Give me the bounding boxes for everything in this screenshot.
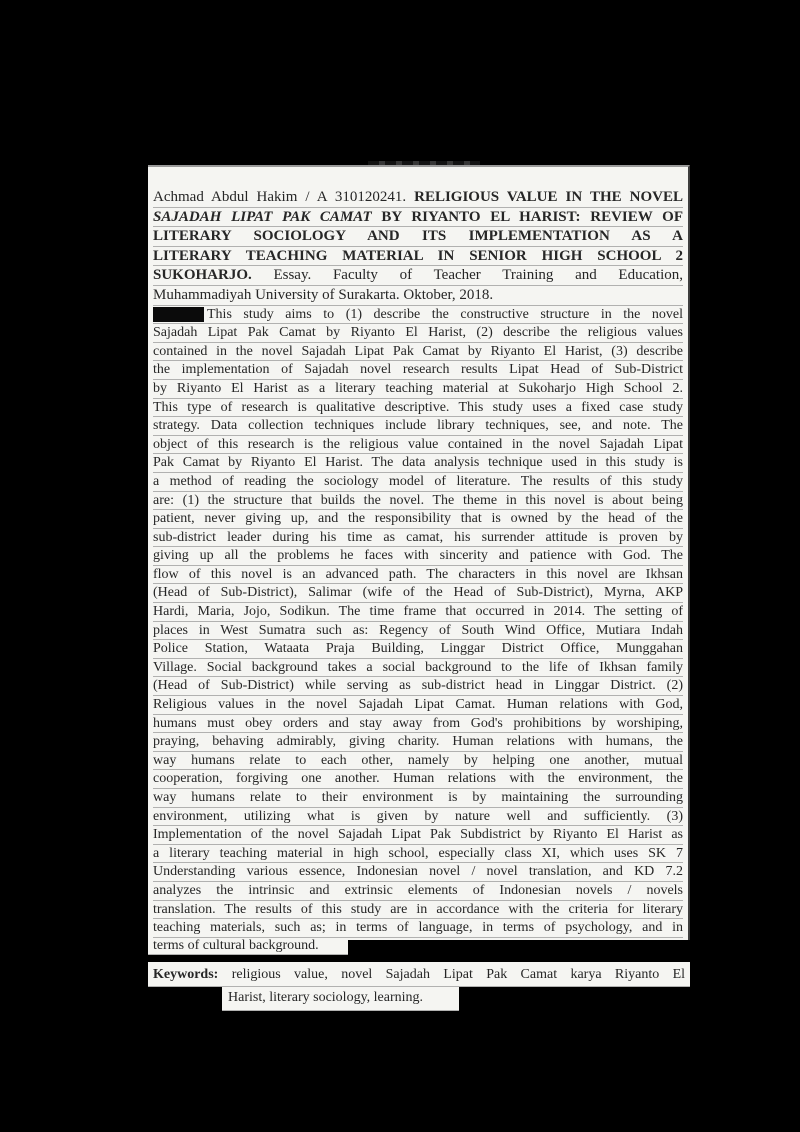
abstract-line: translation. The results of this study a…	[153, 901, 683, 920]
abstract-last-line: terms of cultural background.	[148, 938, 348, 955]
redaction-mark	[153, 307, 204, 322]
header-line: LITERARY TEACHING MATERIAL IN SENIOR HIG…	[153, 247, 683, 267]
abstract-line: cooperation, forgiving one another. Huma…	[153, 770, 683, 789]
abstract-line: environment, utilizing what is given by …	[153, 808, 683, 827]
title-text: SUKOHARJO.	[153, 267, 252, 283]
abstract-line: patient, never giving up, and the respon…	[153, 510, 683, 529]
abstract-line: the implementation of Sajadah novel rese…	[153, 361, 683, 380]
abstract-line: (Head of Sub-District) while serving as …	[153, 677, 683, 696]
abstract-line: Religious values in the novel Sajadah Li…	[153, 696, 683, 715]
abstract-line: Police Station, Wataata Praja Building, …	[153, 640, 683, 659]
abstract-line: flow of this novel is an advanced path. …	[153, 566, 683, 585]
author-id-text: Achmad Abdul Hakim / A 310120241.	[153, 189, 406, 205]
abstract-line: sub-district leader during his time as c…	[153, 529, 683, 548]
title-text: RELIGIOUS VALUE IN THE NOVEL	[414, 189, 683, 205]
abstract-line: Pak Camat by Riyanto El Harist. The data…	[153, 454, 683, 473]
abstract-line: object of this research is the religious…	[153, 436, 683, 455]
header-line: Achmad Abdul Hakim / A 310120241. RELIGI…	[153, 188, 683, 208]
abstract-text: This study aims to (1) describe the cons…	[207, 307, 683, 322]
abstract-line: Hardi, Maria, Jojo, Sodikun. The time fr…	[153, 603, 683, 622]
scanned-abstract-page: { "page": { "colors": { "background": "#…	[0, 0, 800, 1132]
abstract-line: Village. Social background takes a socia…	[153, 659, 683, 678]
keywords-text: religious value, novel Sajadah Lipat Pak…	[232, 967, 685, 982]
abstract-line: a method of reading the sociology model …	[153, 473, 683, 492]
abstract-line: humans must obey orders and stay away fr…	[153, 715, 683, 734]
abstract-page: Achmad Abdul Hakim / A 310120241. RELIGI…	[148, 165, 690, 940]
abstract-line: contained in the novel Sajadah Lipat Pak…	[153, 343, 683, 362]
abstract-line: places in West Sumatra such as: Regency …	[153, 622, 683, 641]
abstract-line: Implementation of the novel Sajadah Lipa…	[153, 826, 683, 845]
abstract-line: way humans relate to their environment i…	[153, 789, 683, 808]
abstract-line: by Riyanto El Harist as a literary teach…	[153, 380, 683, 399]
header-line: LITERARY SOCIOLOGY AND ITS IMPLEMENTATIO…	[153, 227, 683, 247]
header-line: Muhammadiyah University of Surakarta. Ok…	[153, 286, 683, 306]
novel-title-text: SAJADAH LIPAT PAK CAMAT	[153, 209, 372, 225]
abstract-line: Sajadah Lipat Pak Camat by Riyanto El Ha…	[153, 324, 683, 343]
header-line: SUKOHARJO. Essay. Faculty of Teacher Tra…	[153, 266, 683, 286]
abstract-line: analyzes the intrinsic and extrinsic ele…	[153, 882, 683, 901]
abstract-line: a literary teaching material in high sch…	[153, 845, 683, 864]
keywords-line: Keywords: religious value, novel Sajadah…	[148, 962, 690, 987]
abstract-line: (Head of Sub-District), Salimar (wife of…	[153, 584, 683, 603]
abstract-line: This study aims to (1) describe the cons…	[153, 306, 683, 325]
header-line: SAJADAH LIPAT PAK CAMAT BY RIYANTO EL HA…	[153, 208, 683, 228]
keywords-line-2: Harist, literary sociology, learning.	[222, 987, 459, 1011]
abstract-line: giving up all the problems he faces with…	[153, 547, 683, 566]
faculty-text: Essay. Faculty of Teacher Training and E…	[273, 267, 683, 283]
abstract-line: This type of research is qualitative des…	[153, 399, 683, 418]
keywords-label: Keywords:	[153, 967, 218, 982]
abstract-line: Understanding various essence, Indonesia…	[153, 863, 683, 882]
abstract-line: are: (1) the structure that builds the n…	[153, 492, 683, 511]
title-text: BY RIYANTO EL HARIST: REVIEW OF	[381, 209, 683, 225]
abstract-line: way humans relate to each other, namely …	[153, 752, 683, 771]
abstract-line: teaching materials, such as; in terms of…	[153, 919, 683, 938]
abstract-line: strategy. Data collection techniques inc…	[153, 417, 683, 436]
abstract-line: praying, behaving admirably, giving char…	[153, 733, 683, 752]
